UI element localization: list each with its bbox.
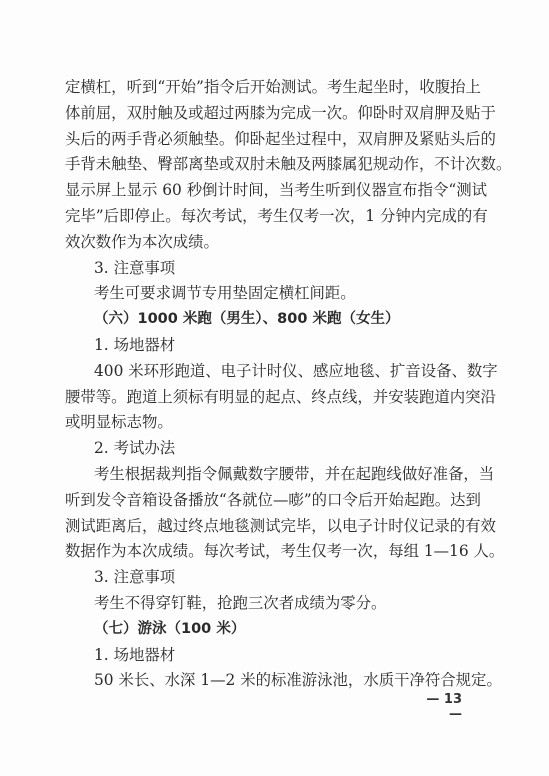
body-line: 听到发令音箱设备播放“各就位—嘭”的口令后开始起跑。达到 [65, 488, 461, 514]
paragraph-line: 考生可要求调节专用垫固定横杠间距。 [65, 281, 461, 307]
subsection-title: 3. 注意事项 [65, 256, 461, 282]
subsection-title: 1. 场地器材 [65, 333, 461, 359]
paragraph-line: 50 米长、水深 1—2 米的标准游泳池，水质干净符合规定。 [65, 668, 461, 694]
subsection-title: 2. 考试办法 [65, 436, 461, 462]
body-line: 数据作为本次成绩。每次考试，考生仅考一次，每组 1—16 人。 [65, 539, 461, 565]
section-heading: （七）游泳（100 米） [65, 617, 461, 643]
body-line: 腰带等。跑道上须标有明显的起点、终点线，并安装跑道内突沿 [65, 385, 461, 411]
body-line: 或明显标志物。 [65, 410, 461, 436]
body-line: 头后的两手背必须触垫。仰卧起坐过程中，双肩胛及紧贴头后的 [65, 127, 461, 153]
body-line: 完毕”后即停止。每次考试，考生仅考一次，1 分钟内完成的有 [65, 204, 461, 230]
section-heading: （六）1000 米跑（男生）、800 米跑（女生） [65, 307, 461, 333]
subsection-title: 3. 注意事项 [65, 565, 461, 591]
body-line: 手背未触垫、臀部离垫或双肘未触及两膝属犯规动作，不计次数。 [65, 152, 461, 178]
body-line: 测试距离后，越过终点地毯测试完毕，以电子计时仪记录的有效 [65, 514, 461, 540]
paragraph-line: 考生根据裁判指令佩戴数字腰带，并在起跑线做好准备，当 [65, 462, 461, 488]
page-number: — 13 — [410, 692, 462, 722]
body-line: 显示屏上显示 60 秒倒计时间，当考生听到仪器宣布指令“测试 [65, 178, 461, 204]
body-line: 效次数作为本次成绩。 [65, 230, 461, 256]
body-line: 体前屈，双肘触及或超过两膝为完成一次。仰卧时双肩胛及贴于 [65, 101, 461, 127]
paragraph-line: 400 米环形跑道、电子计时仪、感应地毯、扩音设备、数字 [65, 359, 461, 385]
paragraph-line: 考生不得穿钉鞋，抢跑三次者成绩为零分。 [65, 591, 461, 617]
document-page: 定横杠，听到“开始”指令后开始测试。考生起坐时，收腹抬上 体前屈，双肘触及或超过… [0, 0, 549, 776]
body-line: 定横杠，听到“开始”指令后开始测试。考生起坐时，收腹抬上 [65, 75, 461, 101]
page-content: 定横杠，听到“开始”指令后开始测试。考生起坐时，收腹抬上 体前屈，双肘触及或超过… [65, 75, 461, 694]
subsection-title: 1. 场地器材 [65, 643, 461, 669]
